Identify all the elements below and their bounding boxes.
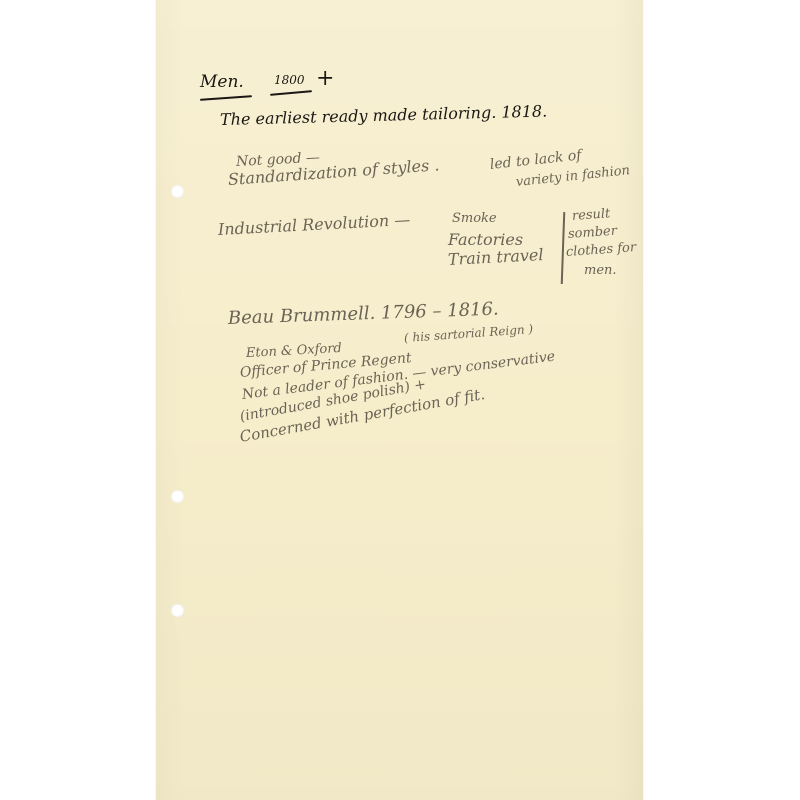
header-subject: Men. <box>200 74 244 91</box>
header-plus: + <box>316 68 334 90</box>
industrial-label: Industrial Revolution — <box>218 212 411 238</box>
industrial-divider <box>561 212 565 284</box>
note-page: Men. 1800 + The earliest ready made tail… <box>156 0 643 800</box>
industrial-result-line4: men. <box>584 264 617 277</box>
header-year: 1800 <box>274 74 305 86</box>
brummell-heading: Beau Brummell. 1796 – 1816. <box>228 301 499 328</box>
punch-hole <box>171 604 184 617</box>
industrial-result-line2: somber <box>568 225 618 241</box>
punch-hole <box>171 185 184 198</box>
industrial-result-line1: result <box>572 207 611 223</box>
header-year-underline <box>270 90 312 95</box>
industrial-result-line3: clothes for <box>566 241 637 259</box>
industrial-cause-smoke: Smoke <box>452 212 497 225</box>
industrial-cause-train: Train travel <box>448 247 544 268</box>
header-subject-underline <box>200 95 252 101</box>
punch-hole <box>171 490 184 503</box>
tailoring-heading: The earliest ready made tailoring. 1818. <box>220 103 548 128</box>
brummell-subheading: ( his sartorial Reign ) <box>404 323 534 344</box>
